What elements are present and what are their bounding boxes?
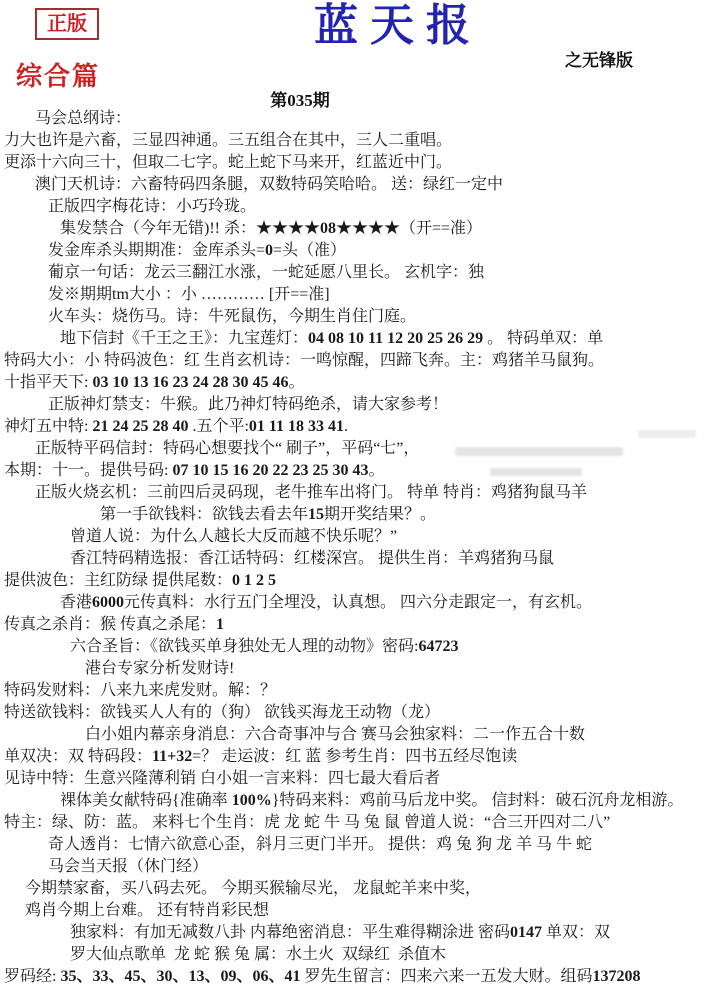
- text-line: 曾道人说：为什么人越长大反而越不快乐呢？”: [0, 526, 725, 548]
- text-line: 港台专家分析发财诗!: [0, 658, 725, 680]
- text-line: 奇人透肖：七情六欲意心歪，斜月三更门半开。 提供：鸡 兔 狗 龙 羊 马 牛 蛇: [0, 834, 725, 856]
- text-line: 马会当天报（休门经）: [0, 856, 725, 878]
- text-line: 十指平天下: 03 10 13 16 23 24 28 30 45 46。: [0, 372, 725, 394]
- text-line: 特主：绿、防：蓝。 来料七个生肖：虎 龙 蛇 牛 马 兔 鼠 曾道人说：“合三开…: [0, 812, 725, 834]
- blurred-watermark: [490, 468, 582, 476]
- page-title: 蓝天报: [314, 2, 482, 50]
- blurred-watermark: [638, 430, 696, 438]
- text-line: 正版神灯禁支：牛猴。此乃神灯特码绝杀，请大家参考！: [0, 394, 725, 416]
- text-line: 传真之杀肖：猴 传真之杀尾：1: [0, 614, 725, 636]
- text-line: 今期禁家畜，买八码去死。 今期买猴输尽光， 龙鼠蛇羊来中奖，: [0, 878, 725, 900]
- text-line: 见诗中特：生意兴隆薄利销 白小姐一言来料：四七最大看后者: [0, 768, 725, 790]
- text-line: 香江特码精选报：香江话特码：红楼深宫。 提供生肖：羊鸡猪狗马鼠: [0, 548, 725, 570]
- genuine-badge: 正版: [35, 8, 99, 40]
- text-line: 神灯五中特: 21 24 25 28 40 .五个平:01 11 18 33 4…: [0, 416, 725, 438]
- text-line: 澳门天机诗：六畜特码四条腿，双数特码笑哈哈。 送：绿红一定中: [0, 174, 725, 196]
- text-line: 第一手欲钱料：欲钱去看去年15期开奖结果？。: [0, 504, 725, 526]
- text-line: 特码大小：小 特码波色：红 生肖玄机诗：一鸣惊醒，四蹄飞奔。主：鸡猪羊马鼠狗。: [0, 350, 725, 372]
- text-line: 单双决：双 特码段：11+32=？ 走运波：红 蓝 参考生肖：四书五经尽饱读: [0, 746, 725, 768]
- text-line: 白小姐内幕亲身消息：六合奇事冲与合 赛马会独家料：二一作五合十数: [0, 724, 725, 746]
- text-line: 发金库杀头期期准：金库杀头=0=头（准）: [0, 240, 725, 262]
- text-line: 鸡肖今期上台难。 还有特肖彩民想: [0, 900, 725, 922]
- newspaper-sheet: 正版 蓝天报 之无锋版 综合篇 第035期 马会总纲诗：力大也许是六畜，三显四神…: [0, 0, 725, 1007]
- section-label: 综合篇: [16, 56, 100, 93]
- document-body: 马会总纲诗：力大也许是六畜，三显四神通。三五组合在其中，三人二重唱。更添十六向三…: [0, 108, 725, 988]
- text-line: 更添十六向三十，但取二七字。蛇上蛇下马来开，红蓝近中门。: [0, 152, 725, 174]
- text-line: 火车头：烧伤马。诗：牛死鼠伤，今期生肖住门庭。: [0, 306, 725, 328]
- edition-label: 之无锋版: [565, 46, 633, 71]
- text-line: 特送欲钱料：欲钱买人人有的（狗） 欲钱买海龙王动物（龙）: [0, 702, 725, 724]
- text-line: 力大也许是六畜，三显四神通。三五组合在其中，三人二重唱。: [0, 130, 725, 152]
- text-line: 六合圣旨：《欲钱买单身独处无人理的动物》密码:64723: [0, 636, 725, 658]
- text-line: 地下信封《千王之王》：九宝莲灯：04 08 10 11 12 20 25 26 …: [0, 328, 725, 350]
- text-line: 香港6000元传真料：水行五门全埋没，认真想。 四六分走跟定一，有玄机。: [0, 592, 725, 614]
- text-line: 特码发财料：八来九来虎发财。解：？: [0, 680, 725, 702]
- text-line: 罗码经: 35、33、45、30、13、09、06、41 罗先生留言：四来六来一…: [0, 966, 725, 988]
- text-line: 提供波色：主红防绿 提供尾数：0 1 2 5: [0, 570, 725, 592]
- text-line: 发※期期tm大小 ：小 ………… [开==准]: [0, 284, 725, 306]
- text-line: 马会总纲诗：: [0, 108, 725, 130]
- text-line: 罗大仙点歌单 龙 蛇 猴 兔 属：水土火 双绿红 杀值木: [0, 944, 725, 966]
- text-line: 裸体美女献特码{准确率 100%}特码来料：鸡前马后龙中奖。 信封料：破石沉舟龙…: [0, 790, 725, 812]
- text-line: 本期：十一。提供号码: 07 10 15 16 20 22 23 25 30 4…: [0, 460, 725, 482]
- text-line: 集发禁合（今年无错)!! 杀：★★★★08★★★★（开==准）: [0, 218, 725, 240]
- blurred-watermark: [455, 447, 623, 456]
- text-line: 正版火烧玄机：三前四后灵码现，老牛推车出将门。 特单 特肖：鸡猪狗鼠马羊: [0, 482, 725, 504]
- text-line: 正版四字梅花诗：小巧玲珑。: [0, 196, 725, 218]
- text-line: 葡京一句话：龙云三翻江水涨，一蛇延愿八里长。 玄机字：独: [0, 262, 725, 284]
- text-line: 独家料：有加无减数八卦 内幕绝密消息：平生难得糊涂进 密码0147 单双：双: [0, 922, 725, 944]
